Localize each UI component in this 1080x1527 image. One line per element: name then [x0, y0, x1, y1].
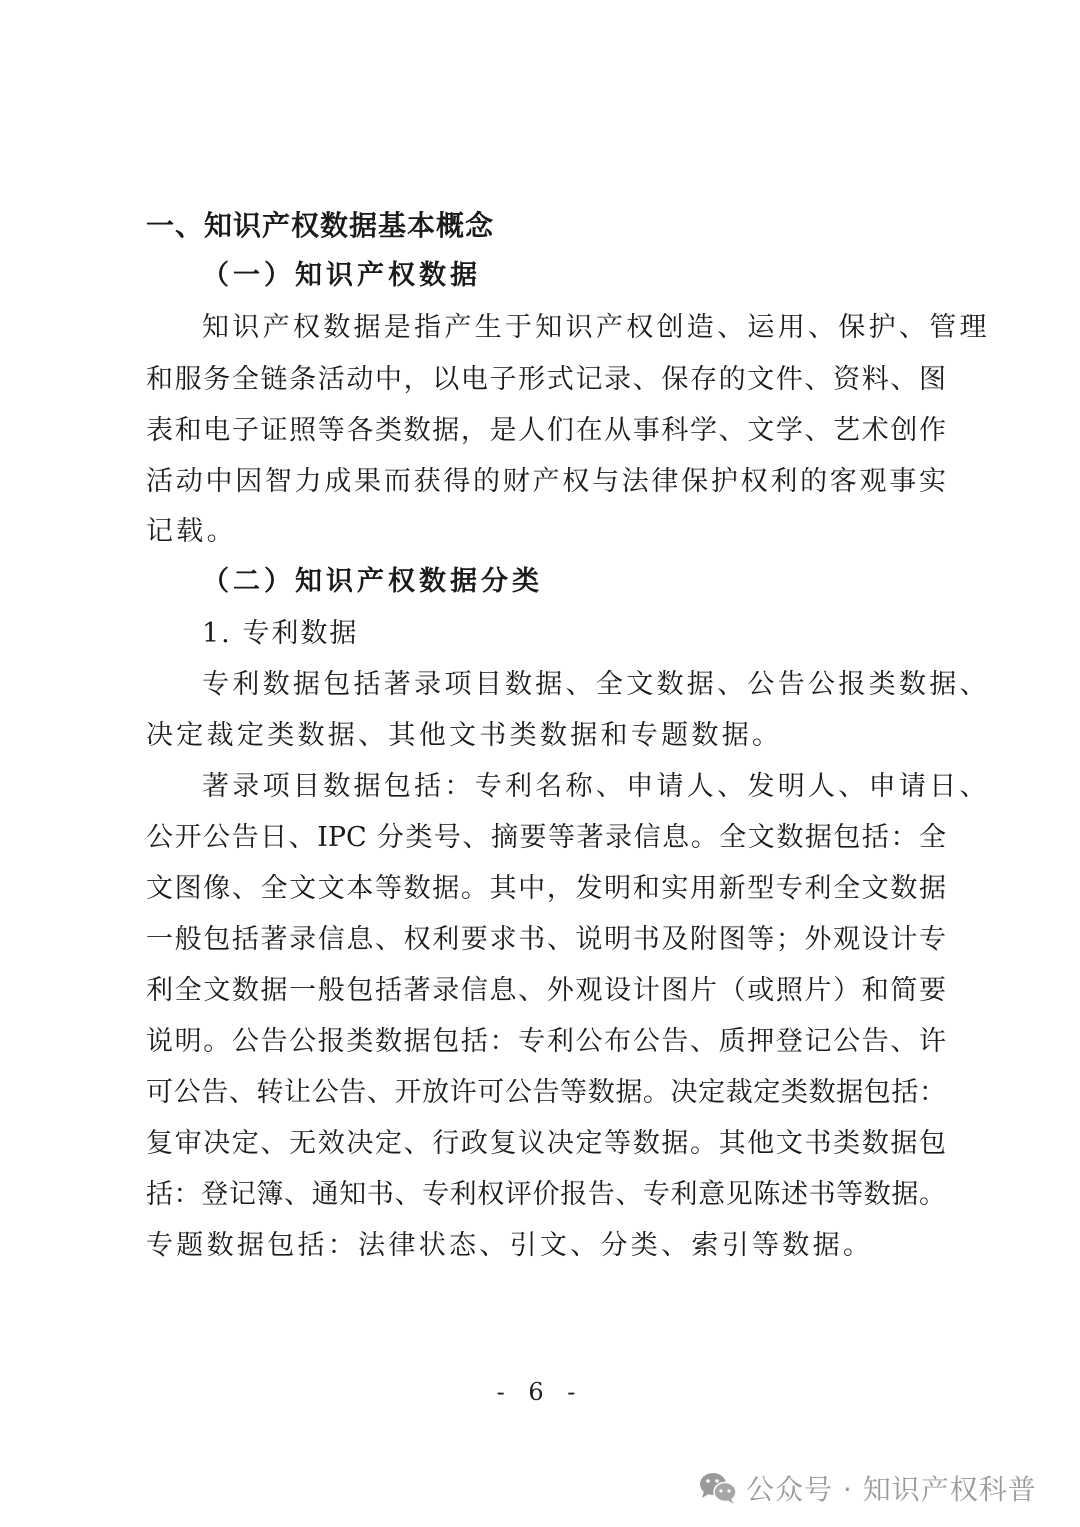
paragraph-line: 知识产权数据是指产生于知识产权创造、运用、保护、管理 — [202, 308, 946, 348]
wechat-icon — [698, 1471, 738, 1505]
paragraph-line: 利全文数据一般包括著录信息、外观设计图片（或照片）和简要 — [146, 971, 946, 1011]
wechat-watermark: 公众号 · 知识产权科普 — [698, 1468, 1037, 1508]
paragraph-line: 和服务全链条活动中，以电子形式记录、保存的文件、资料、图 — [146, 360, 946, 400]
paragraph-line: 公开公告日、IPC 分类号、摘要等著录信息。全文数据包括：全 — [146, 818, 946, 858]
paragraph-line: 活动中因智力成果而获得的财产权与法律保护权利的客观事实 — [146, 462, 946, 502]
page-number: - 6 - — [0, 1378, 1080, 1406]
section-1-heading: （一）知识产权数据 — [202, 256, 481, 296]
paragraph-line: 一般包括著录信息、权利要求书、说明书及附图等；外观设计专 — [146, 920, 946, 960]
paragraph-line: 决定裁定类数据、其他文书类数据和专题数据。 — [146, 716, 782, 756]
paragraph-line: 括：登记簿、通知书、专利权评价报告、专利意见陈述书等数据。 — [146, 1175, 946, 1215]
paragraph-line: 记载。 — [146, 512, 237, 552]
paragraph-line: 复审决定、无效决定、行政复议决定等数据。其他文书类数据包 — [146, 1124, 946, 1164]
paragraph-line: 专利数据包括著录项目数据、全文数据、公告公报类数据、 — [202, 665, 946, 705]
paragraph-line: 文图像、全文文本等数据。其中，发明和实用新型专利全文数据 — [146, 869, 946, 909]
paragraph-line: 专题数据包括：法律状态、引文、分类、索引等数据。 — [146, 1226, 873, 1266]
paragraph-line: 可公告、转让公告、开放许可公告等数据。决定裁定类数据包括： — [146, 1073, 946, 1113]
paragraph-line: 著录项目数据包括：专利名称、申请人、发明人、申请日、 — [202, 767, 946, 807]
paragraph-line: 表和电子证照等各类数据，是人们在从事科学、文学、艺术创作 — [146, 411, 946, 451]
paragraph-line: 说明。公告公报类数据包括：专利公布公告、质押登记公告、许 — [146, 1022, 946, 1062]
heading-1: 一、知识产权数据基本概念 — [146, 206, 494, 246]
watermark-text: 公众号 · 知识产权科普 — [746, 1468, 1037, 1508]
section-2-heading: （二）知识产权数据分类 — [202, 562, 543, 602]
subheading-patent-data: 1. 专利数据 — [202, 614, 358, 654]
